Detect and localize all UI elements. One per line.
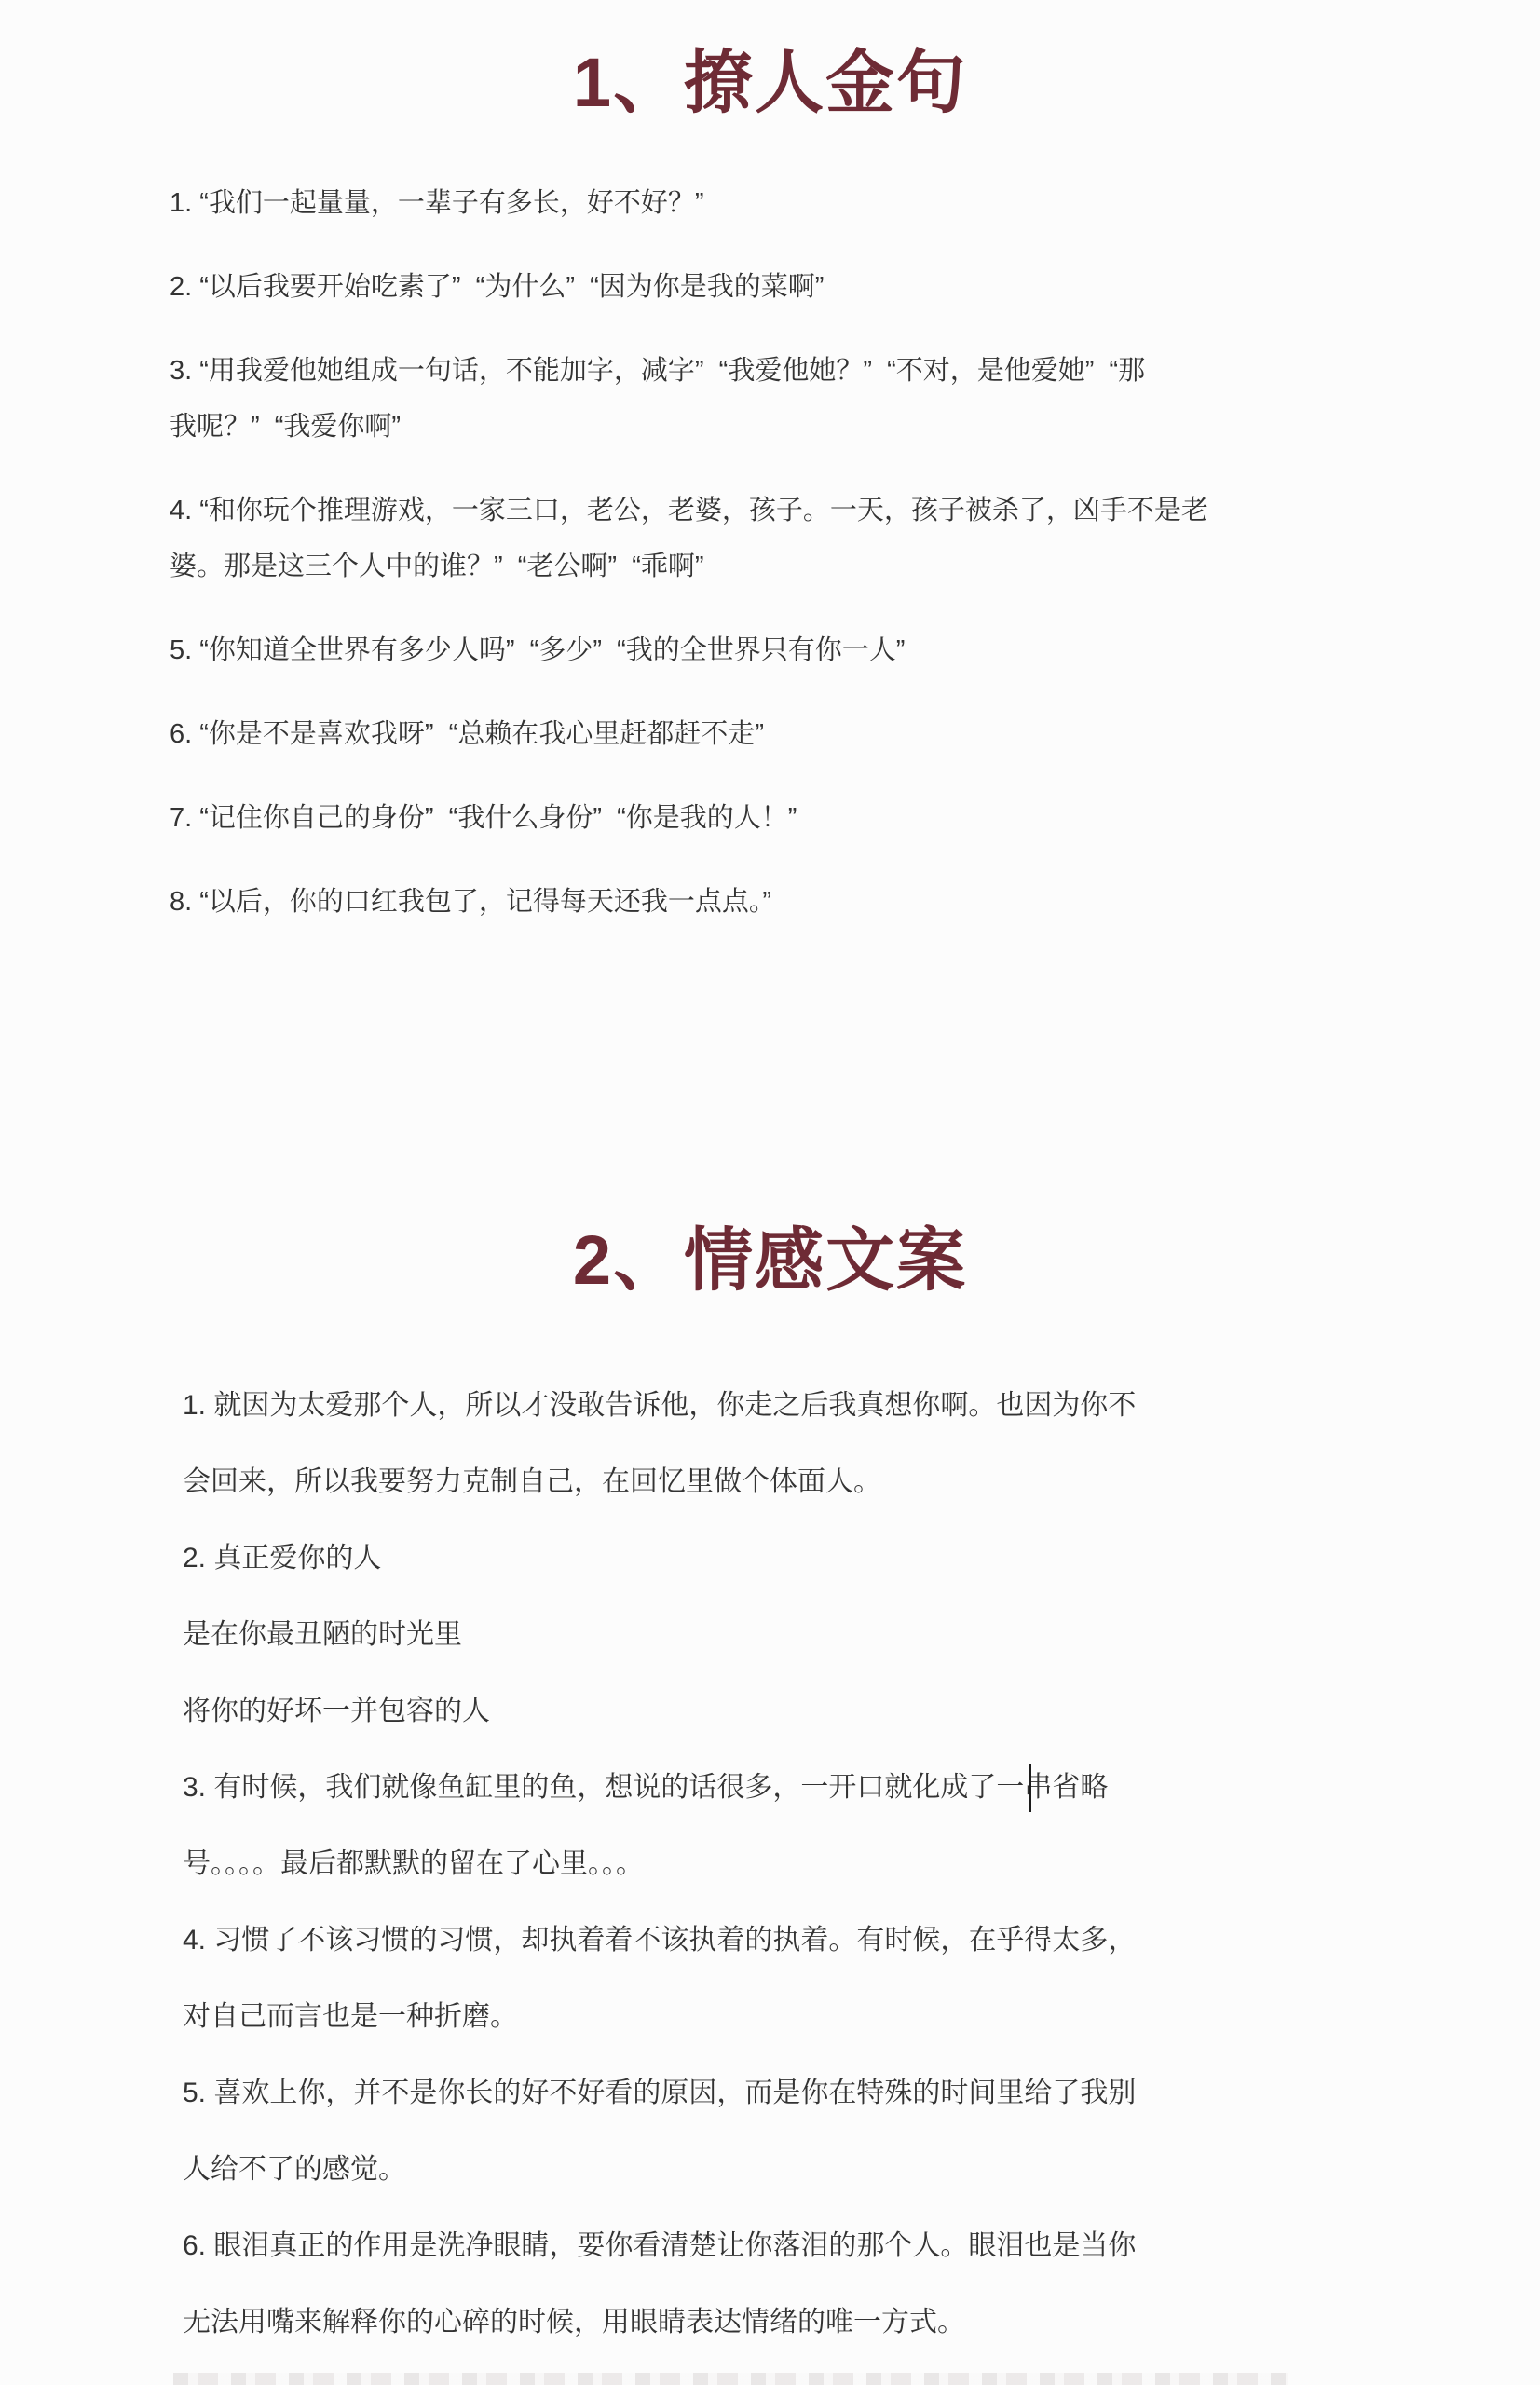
text-cursor-caret (1029, 1764, 1031, 1812)
paragraph: 4. “和你玩个推理游戏，一家三口，老公，老婆，孩子。一天，孩子被杀了，凶手不是… (170, 483, 1418, 594)
paragraph: 4. 习惯了不该习惯的习惯，却执着着不该执着的执着。有时候，在乎得太多，对自己而… (183, 1902, 1431, 2055)
text-line[interactable]: 婆。那是这三个人中的谁？” “老公啊” “乖啊” (170, 538, 1418, 594)
paragraph: 8. “以后，你的口红我包了，记得每天还我一点点。” (170, 874, 1418, 930)
text-line[interactable]: 3. 有时候，我们就像鱼缸里的鱼，想说的话很多，一开口就化成了一串省略 (183, 1750, 1431, 1826)
paragraph: 1. “我们一起量量，一辈子有多长，好不好？” (170, 175, 1418, 231)
text-line[interactable]: 将你的好坏一并包容的人 (183, 1673, 1431, 1750)
text-line[interactable]: 会回来，所以我要努力克制自己，在回忆里做个体面人。 (183, 1444, 1431, 1520)
text-line[interactable]: 8. “以后，你的口红我包了，记得每天还我一点点。” (170, 874, 1418, 930)
text-line[interactable]: 人给不了的感觉。 (183, 2132, 1431, 2208)
paragraph: 5. “你知道全世界有多少人吗” “多少” “我的全世界只有你一人” (170, 622, 1418, 678)
paragraph: 3. “用我爱他她组成一句话，不能加字，减字” “我爱他她？” “不对，是他爱她… (170, 343, 1418, 455)
paragraph: 2. “以后我要开始吃素了” “为什么” “因为你是我的菜啊” (170, 259, 1418, 315)
text-line[interactable]: 对自己而言也是一种折磨。 (183, 1979, 1431, 2055)
text-line[interactable]: 无法用嘴来解释你的心碎的时候，用眼睛表达情绪的唯一方式。 (183, 2284, 1431, 2361)
text-line[interactable]: 1. 就因为太爱那个人，所以才没敢告诉他，你走之后我真想你啊。也因为你不 (183, 1368, 1431, 1444)
section1-title[interactable]: 1、撩人金句 (0, 48, 1540, 117)
paragraph: 3. 有时候，我们就像鱼缸里的鱼，想说的话很多，一开口就化成了一串省略号。。。。… (183, 1750, 1431, 1902)
section-qinggan-wenan: 1. 就因为太爱那个人，所以才没敢告诉他，你走之后我真想你啊。也因为你不会回来，… (183, 1368, 1431, 2361)
section2-title[interactable]: 2、情感文案 (0, 1226, 1540, 1295)
text-line[interactable]: 2. “以后我要开始吃素了” “为什么” “因为你是我的菜啊” (170, 259, 1418, 315)
text-line[interactable]: 是在你最丑陋的时光里 (183, 1597, 1431, 1673)
section-liaoren-jinju: 1. “我们一起量量，一辈子有多长，好不好？”2. “以后我要开始吃素了” “为… (170, 175, 1418, 930)
text-line[interactable]: 5. “你知道全世界有多少人吗” “多少” “我的全世界只有你一人” (170, 622, 1418, 678)
paragraph: 1. 就因为太爱那个人，所以才没敢告诉他，你走之后我真想你啊。也因为你不会回来，… (183, 1368, 1431, 1520)
text-line[interactable]: 6. 眼泪真正的作用是洗净眼睛，要你看清楚让你落泪的那个人。眼泪也是当你 (183, 2208, 1431, 2284)
paragraph: 5. 喜欢上你，并不是你长的好不好看的原因，而是你在特殊的时间里给了我别人给不了… (183, 2055, 1431, 2208)
paragraph: 6. 眼泪真正的作用是洗净眼睛，要你看清楚让你落泪的那个人。眼泪也是当你无法用嘴… (183, 2208, 1431, 2361)
paragraph: 7. “记住你自己的身份” “我什么身份” “你是我的人！” (170, 790, 1418, 846)
document-page[interactable]: 1、撩人金句 1. “我们一起量量，一辈子有多长，好不好？”2. “以后我要开始… (0, 0, 1540, 2385)
paragraph: 6. “你是不是喜欢我呀” “总赖在我心里赶都赶不走” (170, 706, 1418, 762)
text-line[interactable]: 6. “你是不是喜欢我呀” “总赖在我心里赶都赶不走” (170, 706, 1418, 762)
text-line[interactable]: 7. “记住你自己的身份” “我什么身份” “你是我的人！” (170, 790, 1418, 846)
text-line[interactable]: 4. 习惯了不该习惯的习惯，却执着着不该执着的执着。有时候，在乎得太多， (183, 1902, 1431, 1979)
text-line[interactable]: 号。。。。最后都默默的留在了心里。。。 (183, 1826, 1431, 1902)
text-line[interactable]: 我呢？” “我爱你啊” (170, 399, 1418, 455)
text-line[interactable]: 2. 真正爱你的人 (183, 1520, 1431, 1597)
text-line[interactable]: 1. “我们一起量量，一辈子有多长，好不好？” (170, 175, 1418, 231)
paragraph: 2. 真正爱你的人是在你最丑陋的时光里将你的好坏一并包容的人 (183, 1520, 1431, 1750)
text-line[interactable]: 4. “和你玩个推理游戏，一家三口，老公，老婆，孩子。一天，孩子被杀了，凶手不是… (170, 483, 1418, 538)
partial-bottom-text-line (173, 2373, 1288, 2385)
text-line[interactable]: 3. “用我爱他她组成一句话，不能加字，减字” “我爱他她？” “不对，是他爱她… (170, 343, 1418, 399)
text-line[interactable]: 5. 喜欢上你，并不是你长的好不好看的原因，而是你在特殊的时间里给了我别 (183, 2055, 1431, 2132)
